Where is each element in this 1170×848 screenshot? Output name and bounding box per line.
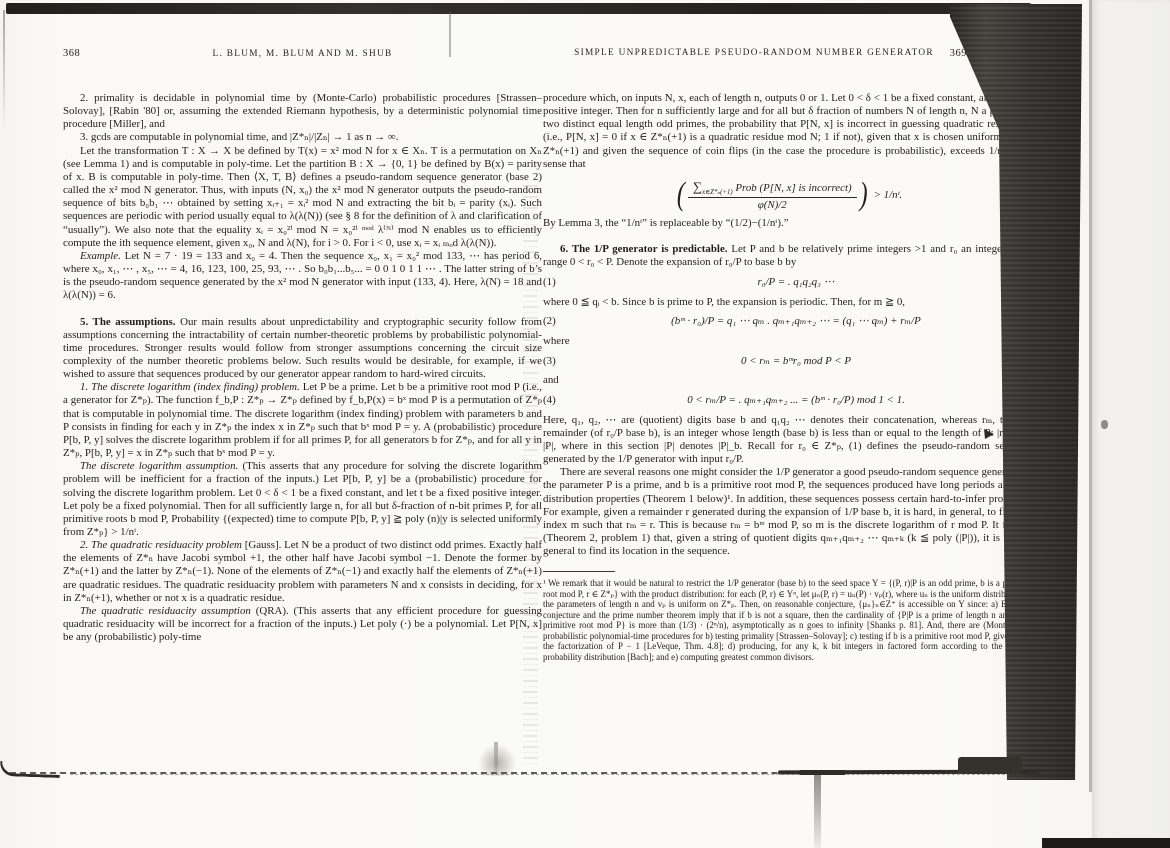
italic-lead: 2. The quadratic residuacity problem: [80, 539, 245, 551]
paragraph: 2. primality is decidable in polynomial …: [63, 92, 542, 131]
left-page-body: 2. primality is decidable in polynomial …: [63, 92, 542, 644]
left-page-header: 368 L. BLUM, M. BLUM AND M. SHUB: [63, 48, 542, 62]
binding-bottom-blob: [958, 757, 1022, 774]
equation-body: 0 < rₘ/P = . qₘ₊₁qₘ₊₂ ... = (bᵐ · r₀/P) …: [587, 394, 1035, 407]
paragraph: Let the transformation T : X → X be defi…: [63, 145, 542, 250]
paragraph: procedure which, on inputs N, x, each of…: [543, 92, 1035, 171]
fraction-denominator: φ(N)/2: [758, 198, 787, 211]
numerator-text: Prob (P[N, x] is incorrect): [735, 182, 851, 194]
left-page: 368 L. BLUM, M. BLUM AND M. SHUB 2. prim…: [63, 48, 542, 644]
left-running-head: L. BLUM, M. BLUM AND M. SHUB: [107, 49, 498, 59]
right-paren: ): [859, 177, 869, 213]
formula-rhs: > 1/nᵗ.: [874, 189, 903, 201]
equation-number: (2): [543, 315, 587, 328]
left-page-number: 368: [63, 48, 107, 59]
paragraph: 6. The 1/P generator is predictable. Let…: [543, 243, 1035, 269]
sum-subscript: x∈Z*ₙ(+1): [702, 189, 733, 196]
ink-drip: [814, 773, 821, 848]
equation-line: (4)0 < rₘ/P = . qₘ₊₁qₘ₊₂ ... = (bᵐ · r₀/…: [543, 394, 1035, 407]
left-paren: (: [676, 177, 686, 213]
italic-lead: Example.: [80, 250, 125, 262]
paragraph: where 0 ≦ qᵢ < b. Since b is prime to P,…: [543, 296, 1035, 309]
fraction-numerator: ∑x∈Z*ₙ(+1) Prob (P[N, x] is incorrect): [688, 179, 857, 198]
next-page-edge-line: [1089, 0, 1092, 792]
equation-number: (1): [543, 276, 587, 289]
equation-line: (2)(bᵐ · r₀)/P = q₁ ⋯ qₘ . qₘ₊₁qₘ₊₂ ⋯ = …: [543, 315, 1035, 328]
italic-lead: 1. The discrete logarithm (index finding…: [80, 381, 303, 393]
paragraph: The quadratic residuacity assumption (QR…: [63, 605, 542, 644]
paragraph: where: [543, 335, 1035, 348]
equation-line: (3)0 < rₘ = bᵐr₀ mod P < P: [543, 355, 1035, 368]
paragraph: Here, q₁, q₂, ⋯ are (quotient) digits ba…: [543, 414, 1035, 467]
edge-ink-speck: [1101, 420, 1108, 429]
paragraph: 1. The discrete logarithm (index finding…: [63, 381, 542, 460]
right-page-body-top: procedure which, on inputs N, x, each of…: [543, 92, 1035, 171]
fraction: ∑x∈Z*ₙ(+1) Prob (P[N, x] is incorrect) φ…: [688, 179, 857, 211]
equation-body: r₀/P = . q₁q₂q₃ ⋯: [587, 276, 1035, 289]
italic-lead: The quadratic residuacity assumption: [80, 605, 256, 617]
footnote-block: ¹ We remark that it would be natural to …: [543, 571, 1035, 662]
equation-body: (bᵐ · r₀)/P = q₁ ⋯ qₘ . qₘ₊₁qₘ₊₂ ⋯ = (q₁…: [587, 315, 1035, 328]
center-gutter-shadow: [523, 185, 538, 765]
paragraph: 2. The quadratic residuacity problem [Ga…: [63, 539, 542, 605]
page-bottom-scan-line-2: [70, 774, 1020, 775]
scan-top-edge-band: [6, 3, 1032, 14]
section-lead: 5. The assumptions.: [80, 316, 180, 328]
right-page-body-bottom: By Lemma 3, the “1/nᵗ” is replaceable by…: [543, 217, 1035, 558]
paragraph: and: [543, 374, 1035, 387]
ink-drip-cap: [799, 770, 846, 775]
page-corner-curl: [0, 761, 60, 778]
section-lead: 6. The 1/P generator is predictable.: [560, 243, 731, 255]
scan-bottom-right-band: [1042, 838, 1170, 848]
paragraph: By Lemma 3, the “1/nᵗ” is replaceable by…: [543, 217, 1035, 230]
paragraph: The discrete logarithm assumption. (This…: [63, 460, 542, 539]
sum-icon: ∑: [693, 179, 702, 194]
paragraph: 5. The assumptions. Our main results abo…: [63, 316, 542, 382]
equation-body: 0 < rₘ = bᵐr₀ mod P < P: [587, 355, 1035, 368]
ink-smudge-stem: [494, 742, 498, 774]
scanned-paper-spread: 368 L. BLUM, M. BLUM AND M. SHUB 2. prim…: [0, 0, 1170, 848]
equation-line: (1)r₀/P = . q₁q₂q₃ ⋯: [543, 276, 1035, 289]
paper-crease: [449, 12, 451, 57]
right-page: SIMPLE UNPREDICTABLE PSEUDO-RANDOM NUMBE…: [543, 48, 1035, 662]
paragraph: 3. gcds are computable in polynomial tim…: [63, 131, 542, 144]
display-formula: ( ∑x∈Z*ₙ(+1) Prob (P[N, x] is incorrect)…: [543, 179, 1035, 211]
italic-lead: The discrete logarithm assumption.: [80, 460, 242, 472]
equation-number: (3): [543, 355, 587, 368]
left-page-edge: [3, 10, 5, 130]
footnote-rule: [543, 571, 615, 572]
paragraph: There are several reasons one might cons…: [543, 466, 1035, 558]
paragraph: Example. Let N = 7 · 19 = 133 and x₀ = 4…: [63, 250, 542, 303]
footnote-text: ¹ We remark that it would be natural to …: [543, 578, 1035, 662]
right-page-header: SIMPLE UNPREDICTABLE PSEUDO-RANDOM NUMBE…: [543, 48, 1035, 62]
equation-number: (4): [543, 394, 587, 407]
